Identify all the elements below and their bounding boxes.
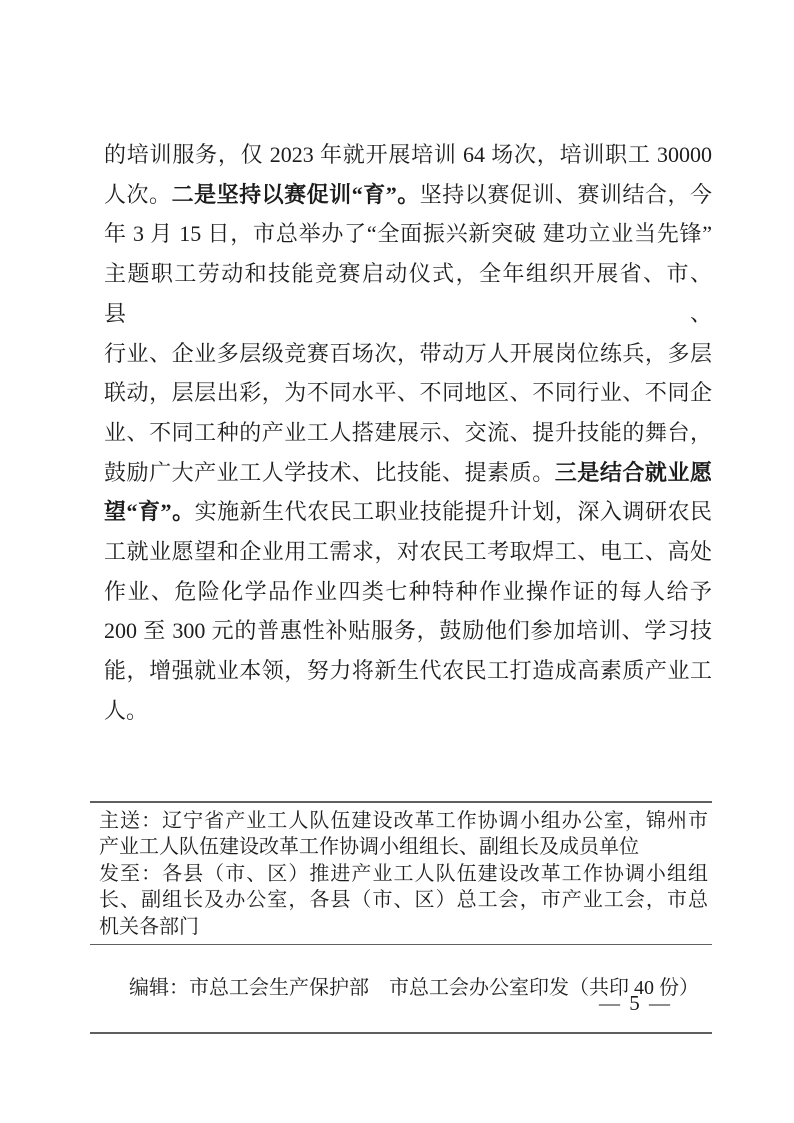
footer-distribution-block: 主送：辽宁省产业工人队伍建设改革工作协调小组办公室，锦州市产业工人队伍建设改革工…	[90, 803, 712, 944]
footer-line: 产业工人队伍建设改革工作协调小组组长、副组长及成员单位	[99, 834, 708, 860]
body-line: 鼓励广大产业工人学技术、比技能、提素质。三是结合就业愿	[104, 453, 712, 493]
body-line: 年 3 月 15 日，市总举办了“全面振兴新突破 建功立业当先锋”	[104, 214, 712, 254]
text-segment: 实施新生代农民工职业技能提升计划，深入调研农民	[195, 499, 712, 524]
text-segment: 200 至 300 元的普惠性补贴服务，鼓励他们参加培训、学习技	[104, 618, 712, 643]
body-line: 望“育”。实施新生代农民工职业技能提升计划，深入调研农民	[104, 492, 712, 532]
text-segment: 鼓励广大产业工人学技术、比技能、提素质。	[104, 460, 555, 485]
body-line: 200 至 300 元的普惠性补贴服务，鼓励他们参加培训、学习技	[104, 611, 712, 651]
document-page: 的培训服务，仅 2023 年就开展培训 64 场次，培训职工 30000人次。二…	[0, 0, 794, 1123]
body-line: 的培训服务，仅 2023 年就开展培训 64 场次，培训职工 30000	[104, 135, 712, 175]
footer-editor-row: 编辑：市总工会生产保护部 市总工会办公室印发（共印 40 份）	[90, 944, 712, 1032]
text-segment: 行业、企业多层级竞赛百场次，带动万人开展岗位练兵，多层	[104, 341, 712, 366]
text-segment: 机关各部门	[99, 916, 199, 938]
text-segment: 长、副组长及办公室，各县（市、区）总工会，市产业工会，市总	[99, 889, 708, 911]
body-line: 能，增强就业本领，努力将新生代农民工打造成高素质产业工	[104, 651, 712, 691]
text-segment: 产业工人队伍建设改革工作协调小组组长、副组长及成员单位	[99, 836, 639, 858]
emphasis-text: 三是结合就业愿	[555, 460, 712, 485]
body-line: 工就业愿望和企业用工需求，对农民工考取焊工、电工、高处	[104, 532, 712, 572]
text-segment: 发至：各县（市、区）推进产业工人队伍建设改革工作协调小组组	[99, 863, 708, 885]
text-segment: 工就业愿望和企业用工需求，对农民工考取焊工、电工、高处	[104, 539, 712, 564]
text-segment: 的培训服务，仅 2023 年就开展培训 64 场次，培训职工 30000	[104, 142, 712, 167]
page-number: — 5 —	[0, 990, 794, 1016]
footer-line: 主送：辽宁省产业工人队伍建设改革工作协调小组办公室，锦州市	[99, 808, 708, 834]
text-segment: 人次。	[104, 182, 172, 207]
text-segment: 人。	[104, 698, 148, 723]
body-line: 联动，层层出彩，为不同水平、不同地区、不同行业、不同企	[104, 373, 712, 413]
text-segment: 坚持以赛促训、赛训结合，今	[420, 182, 712, 207]
footer-line: 机关各部门	[99, 914, 708, 940]
body-line: 主题职工劳动和技能竞赛启动仪式，全年组织开展省、市、县、	[104, 254, 712, 333]
text-segment: 联动，层层出彩，为不同水平、不同地区、不同行业、不同企	[104, 380, 712, 405]
text-segment: 业、不同工种的产业工人搭建展示、交流、提升技能的舞台，	[104, 420, 712, 445]
body-line: 作业、危险化学品作业四类七种特种作业操作证的每人给予	[104, 572, 712, 612]
emphasis-text: 二是坚持以赛促训“育”。	[172, 182, 420, 207]
document-body-text: 的培训服务，仅 2023 年就开展培训 64 场次，培训职工 30000人次。二…	[104, 135, 712, 731]
text-segment: 主送：辽宁省产业工人队伍建设改革工作协调小组办公室，锦州市	[99, 810, 708, 832]
body-line: 业、不同工种的产业工人搭建展示、交流、提升技能的舞台，	[104, 413, 712, 453]
text-segment: 作业、危险化学品作业四类七种特种作业操作证的每人给予	[104, 579, 712, 604]
body-line: 行业、企业多层级竞赛百场次，带动万人开展岗位练兵，多层	[104, 334, 712, 374]
footer-line: 长、副组长及办公室，各县（市、区）总工会，市产业工会，市总	[99, 887, 708, 913]
text-segment: 年 3 月 15 日，市总举办了“全面振兴新突破 建功立业当先锋”	[104, 221, 712, 246]
emphasis-text: 望“育”。	[104, 499, 195, 524]
footer-line: 发至：各县（市、区）推进产业工人队伍建设改革工作协调小组组	[99, 861, 708, 887]
text-segment: 能，增强就业本领，努力将新生代农民工打造成高素质产业工	[104, 658, 712, 683]
body-line: 人。	[104, 691, 712, 731]
text-segment: 主题职工劳动和技能竞赛启动仪式，全年组织开展省、市、县、	[104, 261, 712, 326]
body-line: 人次。二是坚持以赛促训“育”。坚持以赛促训、赛训结合，今	[104, 175, 712, 215]
